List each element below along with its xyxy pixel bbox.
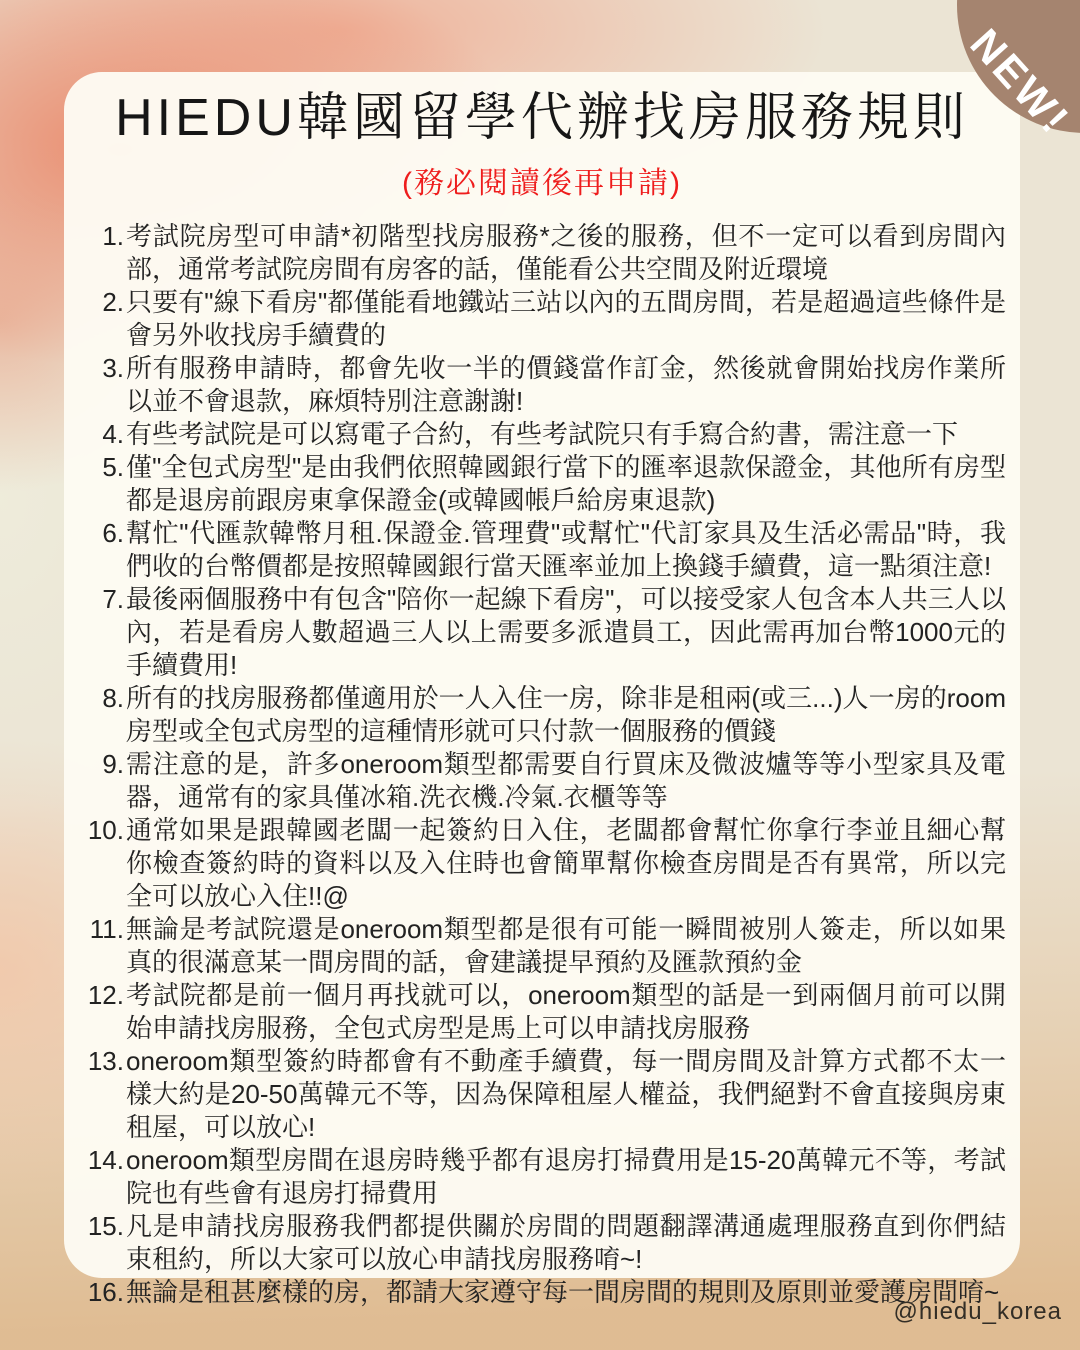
rule-number: 16.	[78, 1276, 124, 1309]
rule-text: oneroom類型簽約時都會有不動產手續費，每一間房間及計算方式都不太一樣大約是…	[126, 1045, 1006, 1144]
rule-item: 6.幫忙"代匯款韓幣月租.保證金.管理費"或幫忙"代訂家具及生活必需品"時，我們…	[78, 517, 1006, 583]
rule-number: 5.	[78, 451, 124, 517]
rule-text: 通常如果是跟韓國老闆一起簽約日入住，老闆都會幫忙你拿行李並且細心幫你檢查簽約時的…	[126, 814, 1006, 913]
rule-text: 只要有"線下看房"都僅能看地鐵站三站以內的五間房間，若是超過這些條件是會另外收找…	[126, 286, 1006, 352]
rule-item: 10.通常如果是跟韓國老闆一起簽約日入住，老闆都會幫忙你拿行李並且細心幫你檢查簽…	[78, 814, 1006, 913]
rule-item: 13.oneroom類型簽約時都會有不動產手續費，每一間房間及計算方式都不太一樣…	[78, 1045, 1006, 1144]
rule-text: 需注意的是，許多oneroom類型都需要自行買床及微波爐等等小型家具及電器，通常…	[126, 748, 1006, 814]
rule-text: 無論是考試院還是oneroom類型都是很有可能一瞬間被別人簽走，所以如果真的很滿…	[126, 913, 1006, 979]
rule-item: 16.無論是租甚麼樣的房，都請大家遵守每一間房間的規則及原則並愛護房間唷~	[78, 1276, 1006, 1309]
rule-item: 7.最後兩個服務中有包含"陪你一起線下看房"，可以接受家人包含本人共三人以內，若…	[78, 583, 1006, 682]
rule-item: 12.考試院都是前一個月再找就可以，oneroom類型的話是一到兩個月前可以開始…	[78, 979, 1006, 1045]
rule-item: 5.僅"全包式房型"是由我們依照韓國銀行當下的匯率退款保證金，其他所有房型都是退…	[78, 451, 1006, 517]
rule-number: 15.	[78, 1210, 124, 1276]
rule-number: 13.	[78, 1045, 124, 1144]
rule-number: 9.	[78, 748, 124, 814]
rule-item: 15.凡是申請找房服務我們都提供關於房間的問題翻譯溝通處理服務直到你們結束租約，…	[78, 1210, 1006, 1276]
rule-item: 14.oneroom類型房間在退房時幾乎都有退房打掃費用是15-20萬韓元不等，…	[78, 1144, 1006, 1210]
rule-text: oneroom類型房間在退房時幾乎都有退房打掃費用是15-20萬韓元不等，考試院…	[126, 1144, 1006, 1210]
rule-number: 7.	[78, 583, 124, 682]
rule-number: 2.	[78, 286, 124, 352]
rule-text: 凡是申請找房服務我們都提供關於房間的問題翻譯溝通處理服務直到你們結束租約，所以大…	[126, 1210, 1006, 1276]
rule-number: 1.	[78, 220, 124, 286]
rule-text: 最後兩個服務中有包含"陪你一起線下看房"，可以接受家人包含本人共三人以內，若是看…	[126, 583, 1006, 682]
rule-number: 4.	[78, 418, 124, 451]
page-title: HIEDU韓國留學代辦找房服務規則	[64, 86, 1020, 150]
rule-text: 無論是租甚麼樣的房，都請大家遵守每一間房間的規則及原則並愛護房間唷~	[126, 1276, 1006, 1309]
rule-item: 8.所有的找房服務都僅適用於一人入住一房，除非是租兩(或三...)人一房的roo…	[78, 682, 1006, 748]
rule-text: 考試院都是前一個月再找就可以，oneroom類型的話是一到兩個月前可以開始申請找…	[126, 979, 1006, 1045]
rule-text: 幫忙"代匯款韓幣月租.保證金.管理費"或幫忙"代訂家具及生活必需品"時，我們收的…	[126, 517, 1006, 583]
rule-text: 有些考試院是可以寫電子合約，有些考試院只有手寫合約書，需注意一下	[126, 418, 1006, 451]
rule-item: 9.需注意的是，許多oneroom類型都需要自行買床及微波爐等等小型家具及電器，…	[78, 748, 1006, 814]
rule-number: 6.	[78, 517, 124, 583]
rules-list: 1.考試院房型可申請*初階型找房服務*之後的服務，但不一定可以看到房間內部，通常…	[78, 220, 1006, 1309]
rule-number: 10.	[78, 814, 124, 913]
rule-number: 12.	[78, 979, 124, 1045]
rule-text: 考試院房型可申請*初階型找房服務*之後的服務，但不一定可以看到房間內部，通常考試…	[126, 220, 1006, 286]
rules-card: HIEDU韓國留學代辦找房服務規則 (務必閱讀後再申請) 1.考試院房型可申請*…	[64, 72, 1020, 1278]
rule-item: 3.所有服務申請時，都會先收一半的價錢當作訂金，然後就會開始找房作業所以並不會退…	[78, 352, 1006, 418]
rule-number: 11.	[78, 913, 124, 979]
instagram-handle: @hiedu_korea	[894, 1298, 1062, 1326]
rule-item: 2.只要有"線下看房"都僅能看地鐵站三站以內的五間房間，若是超過這些條件是會另外…	[78, 286, 1006, 352]
rule-number: 14.	[78, 1144, 124, 1210]
rule-number: 8.	[78, 682, 124, 748]
rule-item: 11.無論是考試院還是oneroom類型都是很有可能一瞬間被別人簽走，所以如果真…	[78, 913, 1006, 979]
rule-text: 所有服務申請時，都會先收一半的價錢當作訂金，然後就會開始找房作業所以並不會退款，…	[126, 352, 1006, 418]
rule-number: 3.	[78, 352, 124, 418]
rule-item: 1.考試院房型可申請*初階型找房服務*之後的服務，但不一定可以看到房間內部，通常…	[78, 220, 1006, 286]
rule-text: 僅"全包式房型"是由我們依照韓國銀行當下的匯率退款保證金，其他所有房型都是退房前…	[126, 451, 1006, 517]
rule-text: 所有的找房服務都僅適用於一人入住一房，除非是租兩(或三...)人一房的room房…	[126, 682, 1006, 748]
rule-item: 4.有些考試院是可以寫電子合約，有些考試院只有手寫合約書，需注意一下	[78, 418, 1006, 451]
page-subtitle: (務必閱讀後再申請)	[64, 158, 1020, 202]
